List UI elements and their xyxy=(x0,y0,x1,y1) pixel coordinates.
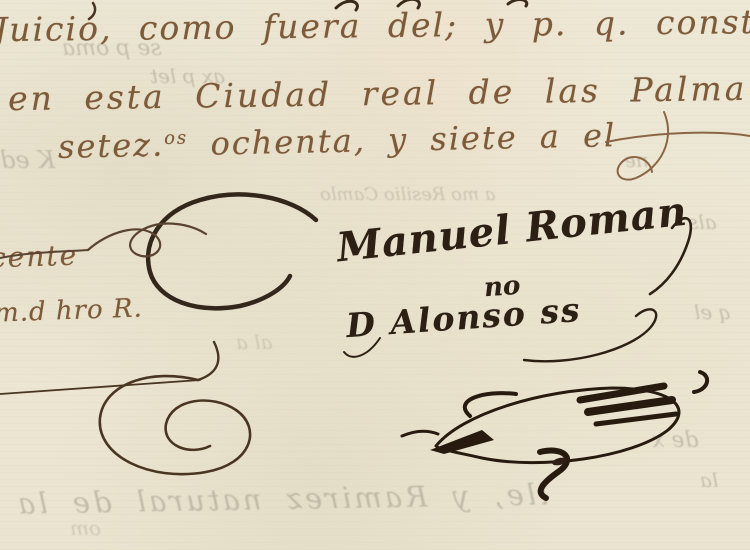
comma-mark xyxy=(89,3,95,19)
lower-left-loop-flourish xyxy=(0,342,250,474)
large-c-paraph xyxy=(0,194,316,308)
ink-flourishes xyxy=(0,0,750,550)
lower-right-rubric xyxy=(402,372,707,498)
palma-descender-flourish xyxy=(618,112,668,180)
top-edge-cut-strokes xyxy=(336,0,527,10)
alonso-ss-flourish xyxy=(344,309,656,361)
line3-trailing-dash xyxy=(606,133,750,142)
manuscript-page: se p oma ax p let a mo Resilio Camlo K e… xyxy=(0,0,750,550)
roman-signature-tail xyxy=(650,218,691,294)
